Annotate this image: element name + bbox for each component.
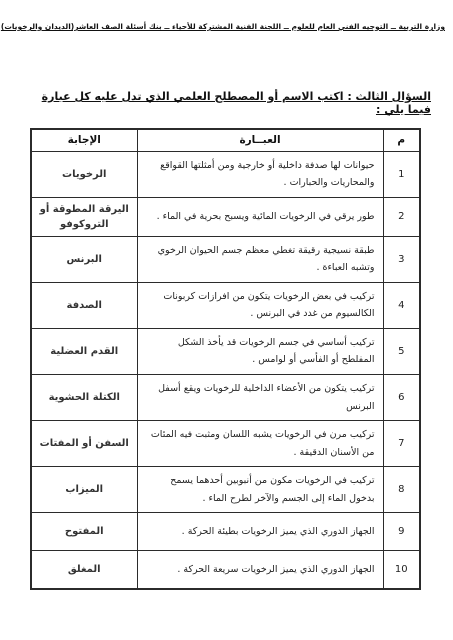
row-statement: الجهاز الدوري الذي يميز الرخويات سريعة ا… xyxy=(137,551,383,589)
table-row: 7 تركيب مرن في الرخويات يشبه اللسان ومثب… xyxy=(31,421,420,467)
row-number: 1 xyxy=(383,151,420,197)
row-number: 9 xyxy=(383,513,420,551)
table-row: 6 تركيب يتكون من الأعضاء الداخلية للرخوي… xyxy=(31,375,420,421)
document-page: وزارة التربية ــ التوجيه الفني العام للع… xyxy=(0,0,453,640)
header-statement: العبــارة xyxy=(137,129,383,151)
row-statement: حيوانات لها صدفة داخلية أو خارجية ومن أم… xyxy=(137,151,383,197)
row-answer: القدم العضلية xyxy=(31,328,137,374)
table-row: 9 الجهاز الدوري الذي يميز الرخويات بطيئة… xyxy=(31,513,420,551)
table-row: 8 تركيب في الرخويات مكون من أنبوبين أحده… xyxy=(31,467,420,513)
row-answer: السفن أو المفتات xyxy=(31,421,137,467)
document-header: وزارة التربية ــ التوجيه الفني العام للع… xyxy=(22,22,445,33)
row-answer: المفتوح xyxy=(31,513,137,551)
row-answer: البرنس xyxy=(31,236,137,282)
table-row: 1 حيوانات لها صدفة داخلية أو خارجية ومن … xyxy=(31,151,420,197)
row-statement: الجهاز الدوري الذي يميز الرخويات بطيئة ا… xyxy=(137,513,383,551)
row-number: 5 xyxy=(383,328,420,374)
row-number: 8 xyxy=(383,467,420,513)
row-statement: تركيب في بعض الرخويات يتكون من افرازات ك… xyxy=(137,282,383,328)
row-statement: طور يرقي في الرخويات المائية ويسبح بحرية… xyxy=(137,197,383,236)
table-row: 10 الجهاز الدوري الذي يميز الرخويات سريع… xyxy=(31,551,420,589)
row-statement: طبقة نسيجية رقيقة تغطي معظم جسم الحيوان … xyxy=(137,236,383,282)
row-statement: تركيب يتكون من الأعضاء الداخلية للرخويات… xyxy=(137,375,383,421)
table-body: 1 حيوانات لها صدفة داخلية أو خارجية ومن … xyxy=(31,151,420,589)
row-number: 7 xyxy=(383,421,420,467)
question-table: م العبــارة الإجابة 1 حيوانات لها صدفة د… xyxy=(30,128,421,590)
row-answer: الكتلة الحشوية xyxy=(31,375,137,421)
row-statement: تركيب مرن في الرخويات يشبه اللسان ومثبت … xyxy=(137,421,383,467)
row-number: 4 xyxy=(383,282,420,328)
header-answer: الإجابة xyxy=(31,129,137,151)
row-answer: الصدفة xyxy=(31,282,137,328)
row-statement: تركيب في الرخويات مكون من أنبوبين أحدهما… xyxy=(137,467,383,513)
row-answer: الميزاب xyxy=(31,467,137,513)
table-row: 5 تركيب أساسي في جسم الرخويات قد يأخذ ال… xyxy=(31,328,420,374)
row-number: 2 xyxy=(383,197,420,236)
row-answer: المغلق xyxy=(31,551,137,589)
row-answer: الرخويات xyxy=(31,151,137,197)
table-header-row: م العبــارة الإجابة xyxy=(31,129,420,151)
question-title: السؤال الثالث : اكتب الاسم أو المصطلح ال… xyxy=(20,90,431,116)
row-answer: اليرقة المطوقة أو التروكوفو xyxy=(31,197,137,236)
row-number: 3 xyxy=(383,236,420,282)
table-row: 4 تركيب في بعض الرخويات يتكون من افرازات… xyxy=(31,282,420,328)
header-number: م xyxy=(383,129,420,151)
row-number: 6 xyxy=(383,375,420,421)
table-row: 3 طبقة نسيجية رقيقة تغطي معظم جسم الحيوا… xyxy=(31,236,420,282)
table-row: 2 طور يرقي في الرخويات المائية ويسبح بحر… xyxy=(31,197,420,236)
row-statement: تركيب أساسي في جسم الرخويات قد يأخذ الشك… xyxy=(137,328,383,374)
row-number: 10 xyxy=(383,551,420,589)
